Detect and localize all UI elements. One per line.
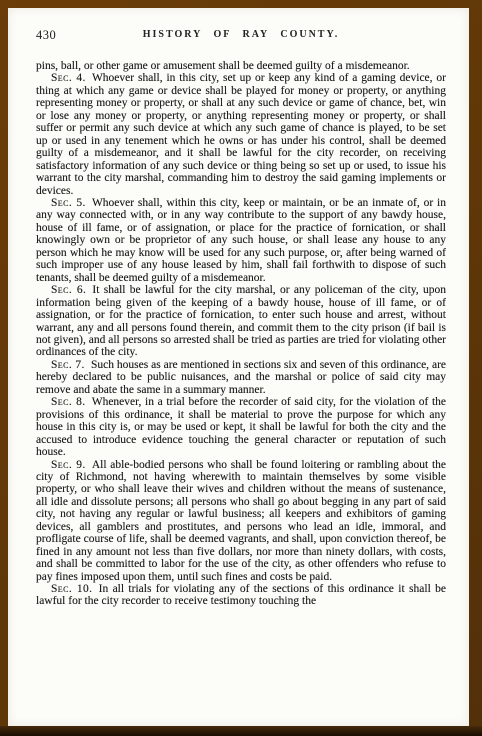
running-title: HISTORY OF RAY COUNTY.	[36, 29, 446, 40]
paragraph-sec-7: Sec. 7.Such houses as are mentioned in s…	[36, 359, 446, 396]
section-label: Sec. 6.	[51, 284, 92, 296]
book-page: 430 HISTORY OF RAY COUNTY. pins, ball, o…	[8, 8, 469, 726]
paragraph-text: Whoever shall, in this city, set up or k…	[36, 72, 446, 196]
section-label: Sec. 7.	[51, 359, 91, 371]
paragraph-sec-4: Sec. 4.Whoever shall, in this city, set …	[36, 72, 446, 197]
paragraph-text: It shall be lawful for the city marshal,…	[36, 284, 446, 358]
section-label: Sec. 5.	[51, 197, 92, 209]
paragraph-text: Whenever, in a trial before the recorder…	[36, 396, 446, 458]
page-header: 430 HISTORY OF RAY COUNTY.	[36, 28, 446, 43]
paragraph-text: Whoever shall, within this city, keep or…	[36, 197, 446, 284]
paragraph-text: All able-bodied persons who shall be fou…	[36, 459, 446, 583]
page-body: pins, ball, or other game or amusement s…	[36, 60, 446, 608]
section-label: Sec. 8.	[51, 396, 92, 408]
paragraph-sec-8: Sec. 8.Whenever, in a trial before the r…	[36, 396, 446, 458]
paragraph-continuation: pins, ball, or other game or amusement s…	[36, 60, 446, 72]
paragraph-sec-10: Sec. 10.In all trials for violating any …	[36, 583, 446, 608]
scan-bottom-bar	[0, 726, 482, 736]
paragraph-sec-6: Sec. 6.It shall be lawful for the city m…	[36, 284, 446, 359]
paragraph-sec-5: Sec. 5.Whoever shall, within this city, …	[36, 197, 446, 284]
section-label: Sec. 4.	[51, 72, 92, 84]
paragraph-sec-9: Sec. 9.All able-bodied persons who shall…	[36, 459, 446, 584]
paragraph-text: Such houses as are mentioned in sections…	[36, 359, 446, 396]
section-label: Sec. 10.	[51, 583, 99, 595]
section-label: Sec. 9.	[51, 459, 92, 471]
paragraph-text: pins, ball, or other game or amusement s…	[36, 60, 410, 72]
